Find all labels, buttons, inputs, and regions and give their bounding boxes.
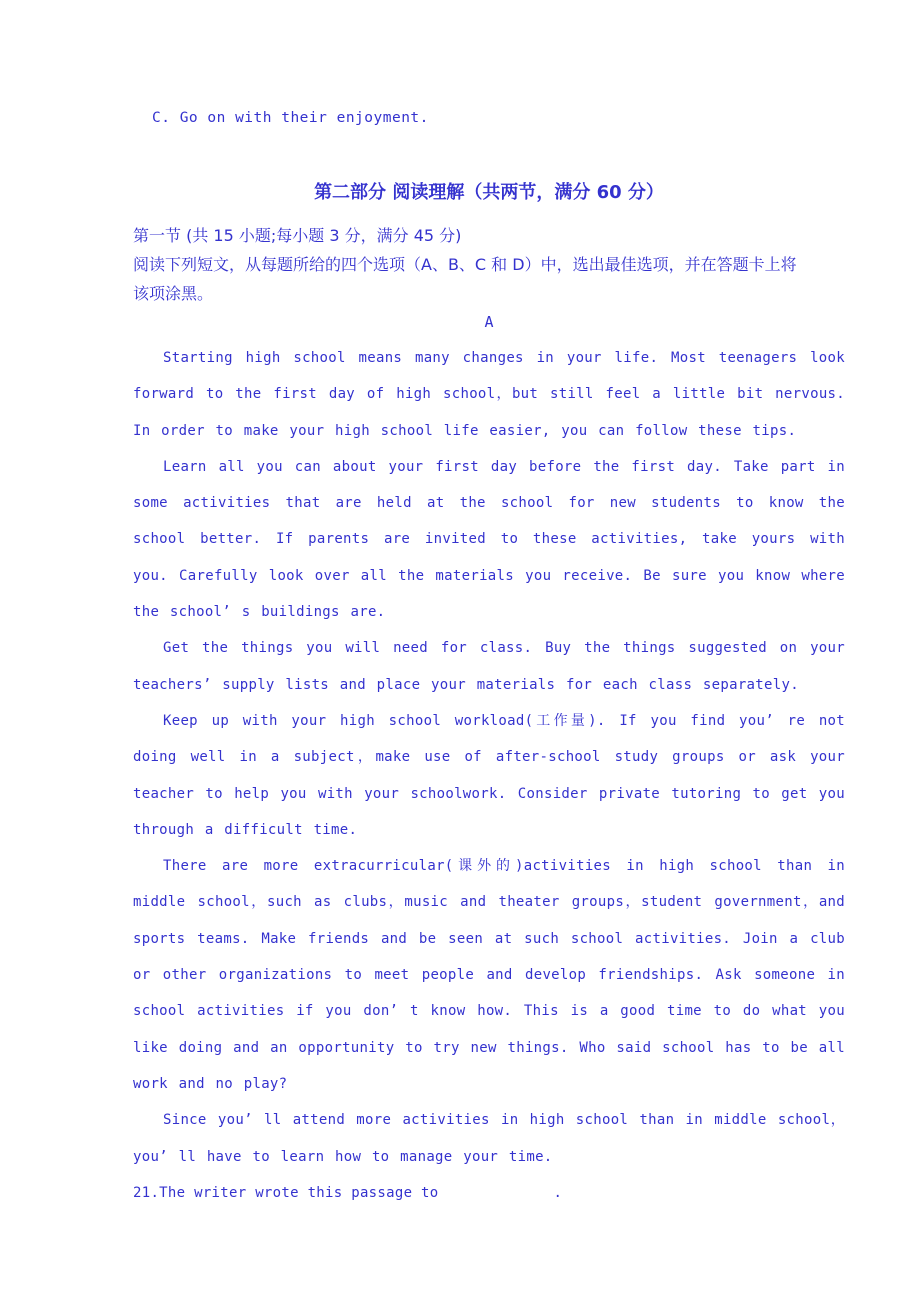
- passage-paragraph-6: Since you’ ll attend more activities in …: [133, 1102, 845, 1175]
- passage-label: A: [133, 310, 845, 334]
- passage-paragraph-1: Starting high school means many changes …: [133, 340, 845, 449]
- passage-paragraph-2: Learn all you can about your first day b…: [133, 449, 845, 630]
- passage-paragraph-3: Get the things you will need for class. …: [133, 630, 845, 703]
- passage-paragraph-5: There are more extracurricular(课外的)activ…: [133, 848, 845, 1102]
- document-page: C. Go on with their enjoyment. 第二部分 阅读理解…: [0, 0, 920, 1302]
- question-21-line: 21.The writer wrote this passage to.: [133, 1175, 845, 1211]
- subsection-heading: 第一节 (共 15 小题;每小题 3 分，满分 45 分): [133, 221, 845, 250]
- option-c-line: C. Go on with their enjoyment.: [133, 108, 845, 129]
- passage-paragraph-4: Keep up with your high school workload(工…: [133, 703, 845, 848]
- section-heading: 第二部分 阅读理解（共两节，满分 60 分）: [133, 181, 845, 205]
- instructions-line-2: 该项涂黑。: [133, 279, 845, 308]
- instructions-line-1: 阅读下列短文，从每题所给的四个选项（A、B、C 和 D）中，选出最佳选项，并在答…: [133, 250, 845, 279]
- question-21-period: .: [554, 1185, 563, 1201]
- passage-body: Starting high school means many changes …: [133, 340, 845, 1175]
- question-21-stem: 21.The writer wrote this passage to: [133, 1185, 439, 1201]
